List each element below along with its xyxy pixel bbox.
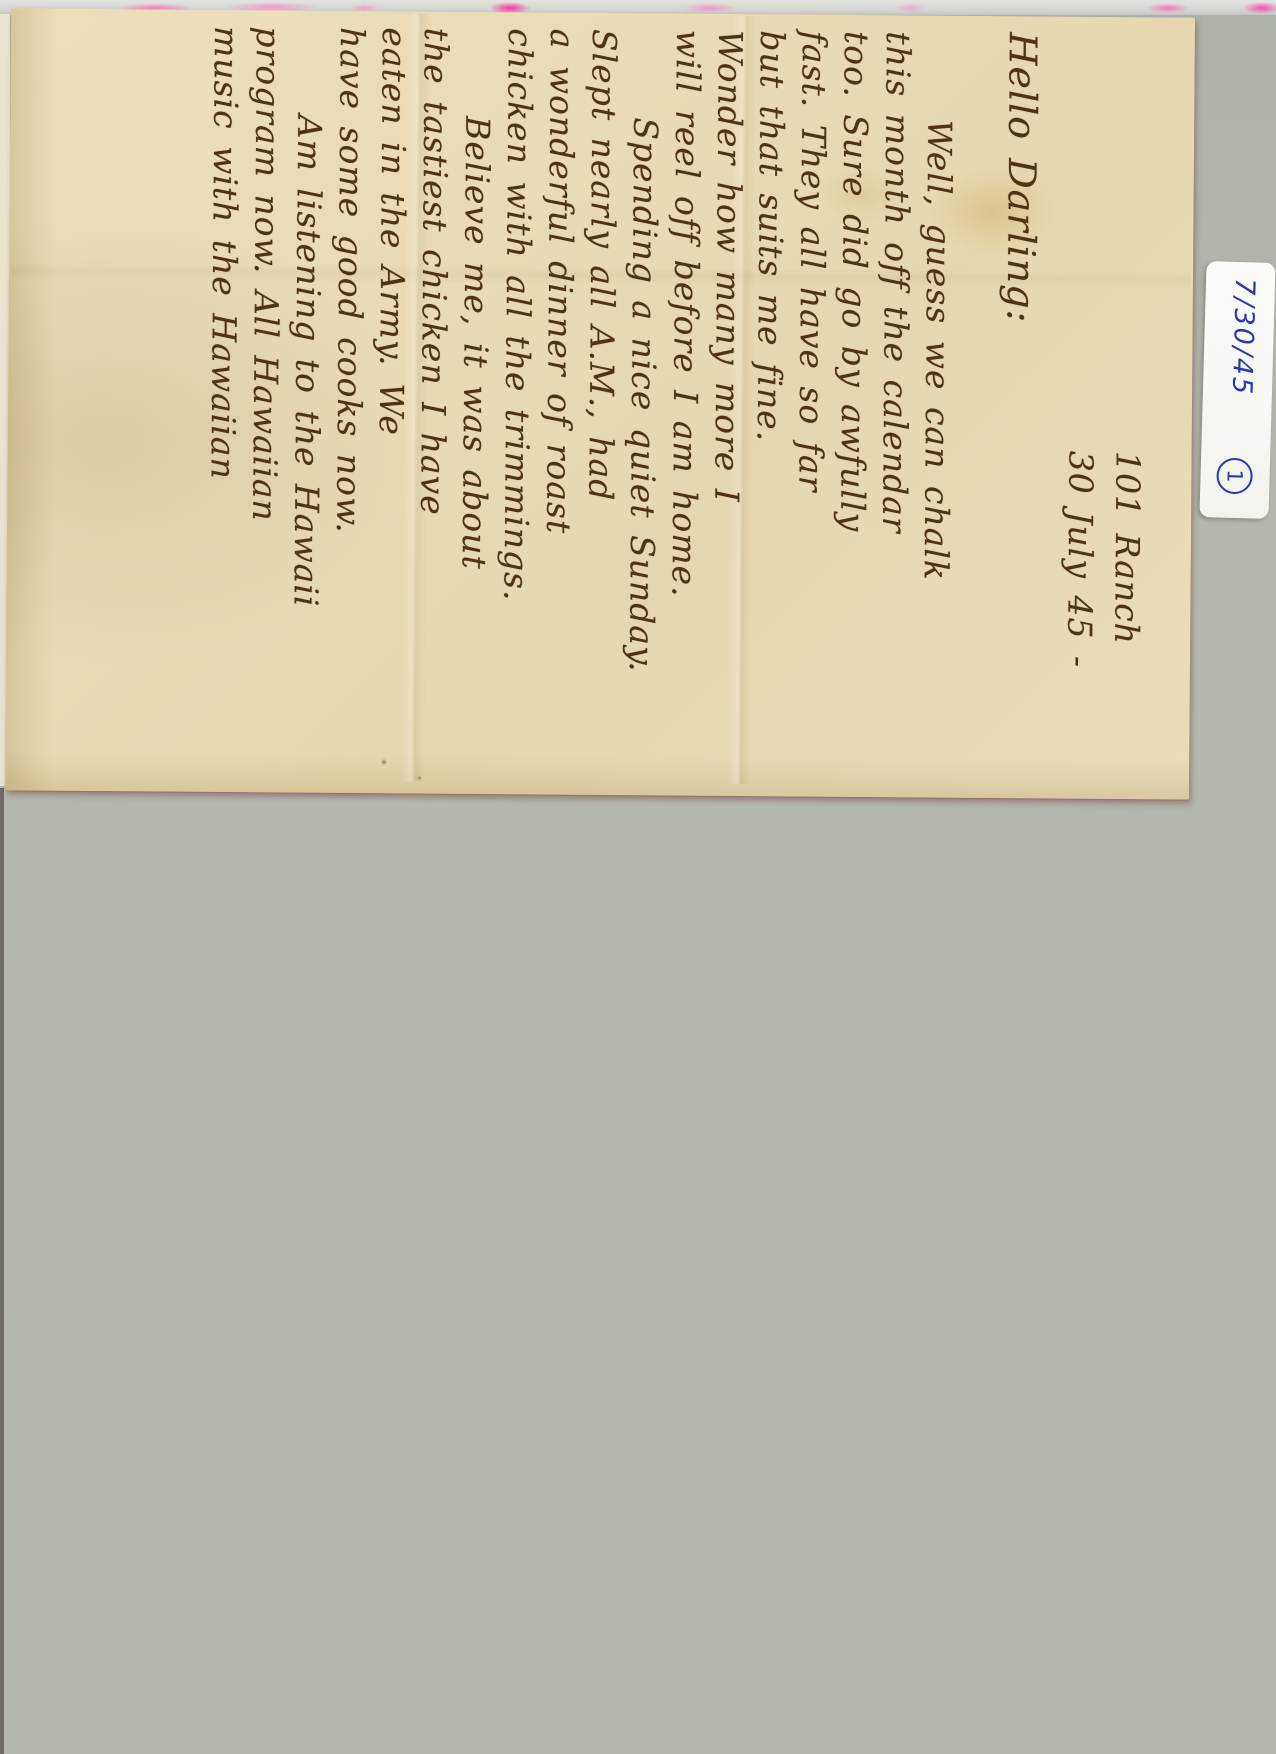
body-line: Am listening to the Hawaii [284,27,331,671]
letter-paper: 101 Ranch 30 July 45 - Hello Darling: We… [5,8,1195,799]
header-date-line: 30 July 45 - [1056,451,1105,669]
archive-date-label: 7/30/45 1 [1199,261,1275,519]
scanned-letter-page: 101 Ranch 30 July 45 - Hello Darling: We… [0,0,1276,1754]
body-line: a wonderful dinner of roast [536,29,583,673]
header-address-line: 101 Ranch [1103,451,1152,669]
letter-header: 101 Ranch 30 July 45 - [1056,451,1152,669]
body-line: will reel off before I am home. [662,30,709,674]
body-line: music with the Hawaiian [200,26,247,670]
body-line: this month off the calendar [872,31,919,675]
body-line: the tastiest chicken I have [410,28,457,672]
salutation: Hello Darling: [999,32,1045,323]
body-line: Wonder how many more I [704,30,751,674]
body-line: eaten in the Army. We [368,27,415,671]
letter-handwriting-block: 101 Ranch 30 July 45 - Hello Darling: We… [7,10,1193,787]
scan-dark-edge [0,788,4,1754]
body-line: too. Sure did go by awfully [830,31,877,675]
body-line: but that suits me fine. [746,30,793,674]
body-line: have some good cooks now. [326,27,373,671]
body-line: Slept nearly all A.M., had [578,29,625,673]
body-line: Well, guess we can chalk [914,31,961,675]
letter-body: Well, guess we can chalk this month off … [200,26,961,675]
body-line: Spending a nice quiet Sunday. [620,29,667,673]
body-line: Believe me, it was about [452,28,499,672]
body-line: fast. They all have so far [788,31,835,675]
body-line: program now. All Hawaiian [242,26,289,670]
body-line: chicken with all the trimmings. [494,28,541,672]
